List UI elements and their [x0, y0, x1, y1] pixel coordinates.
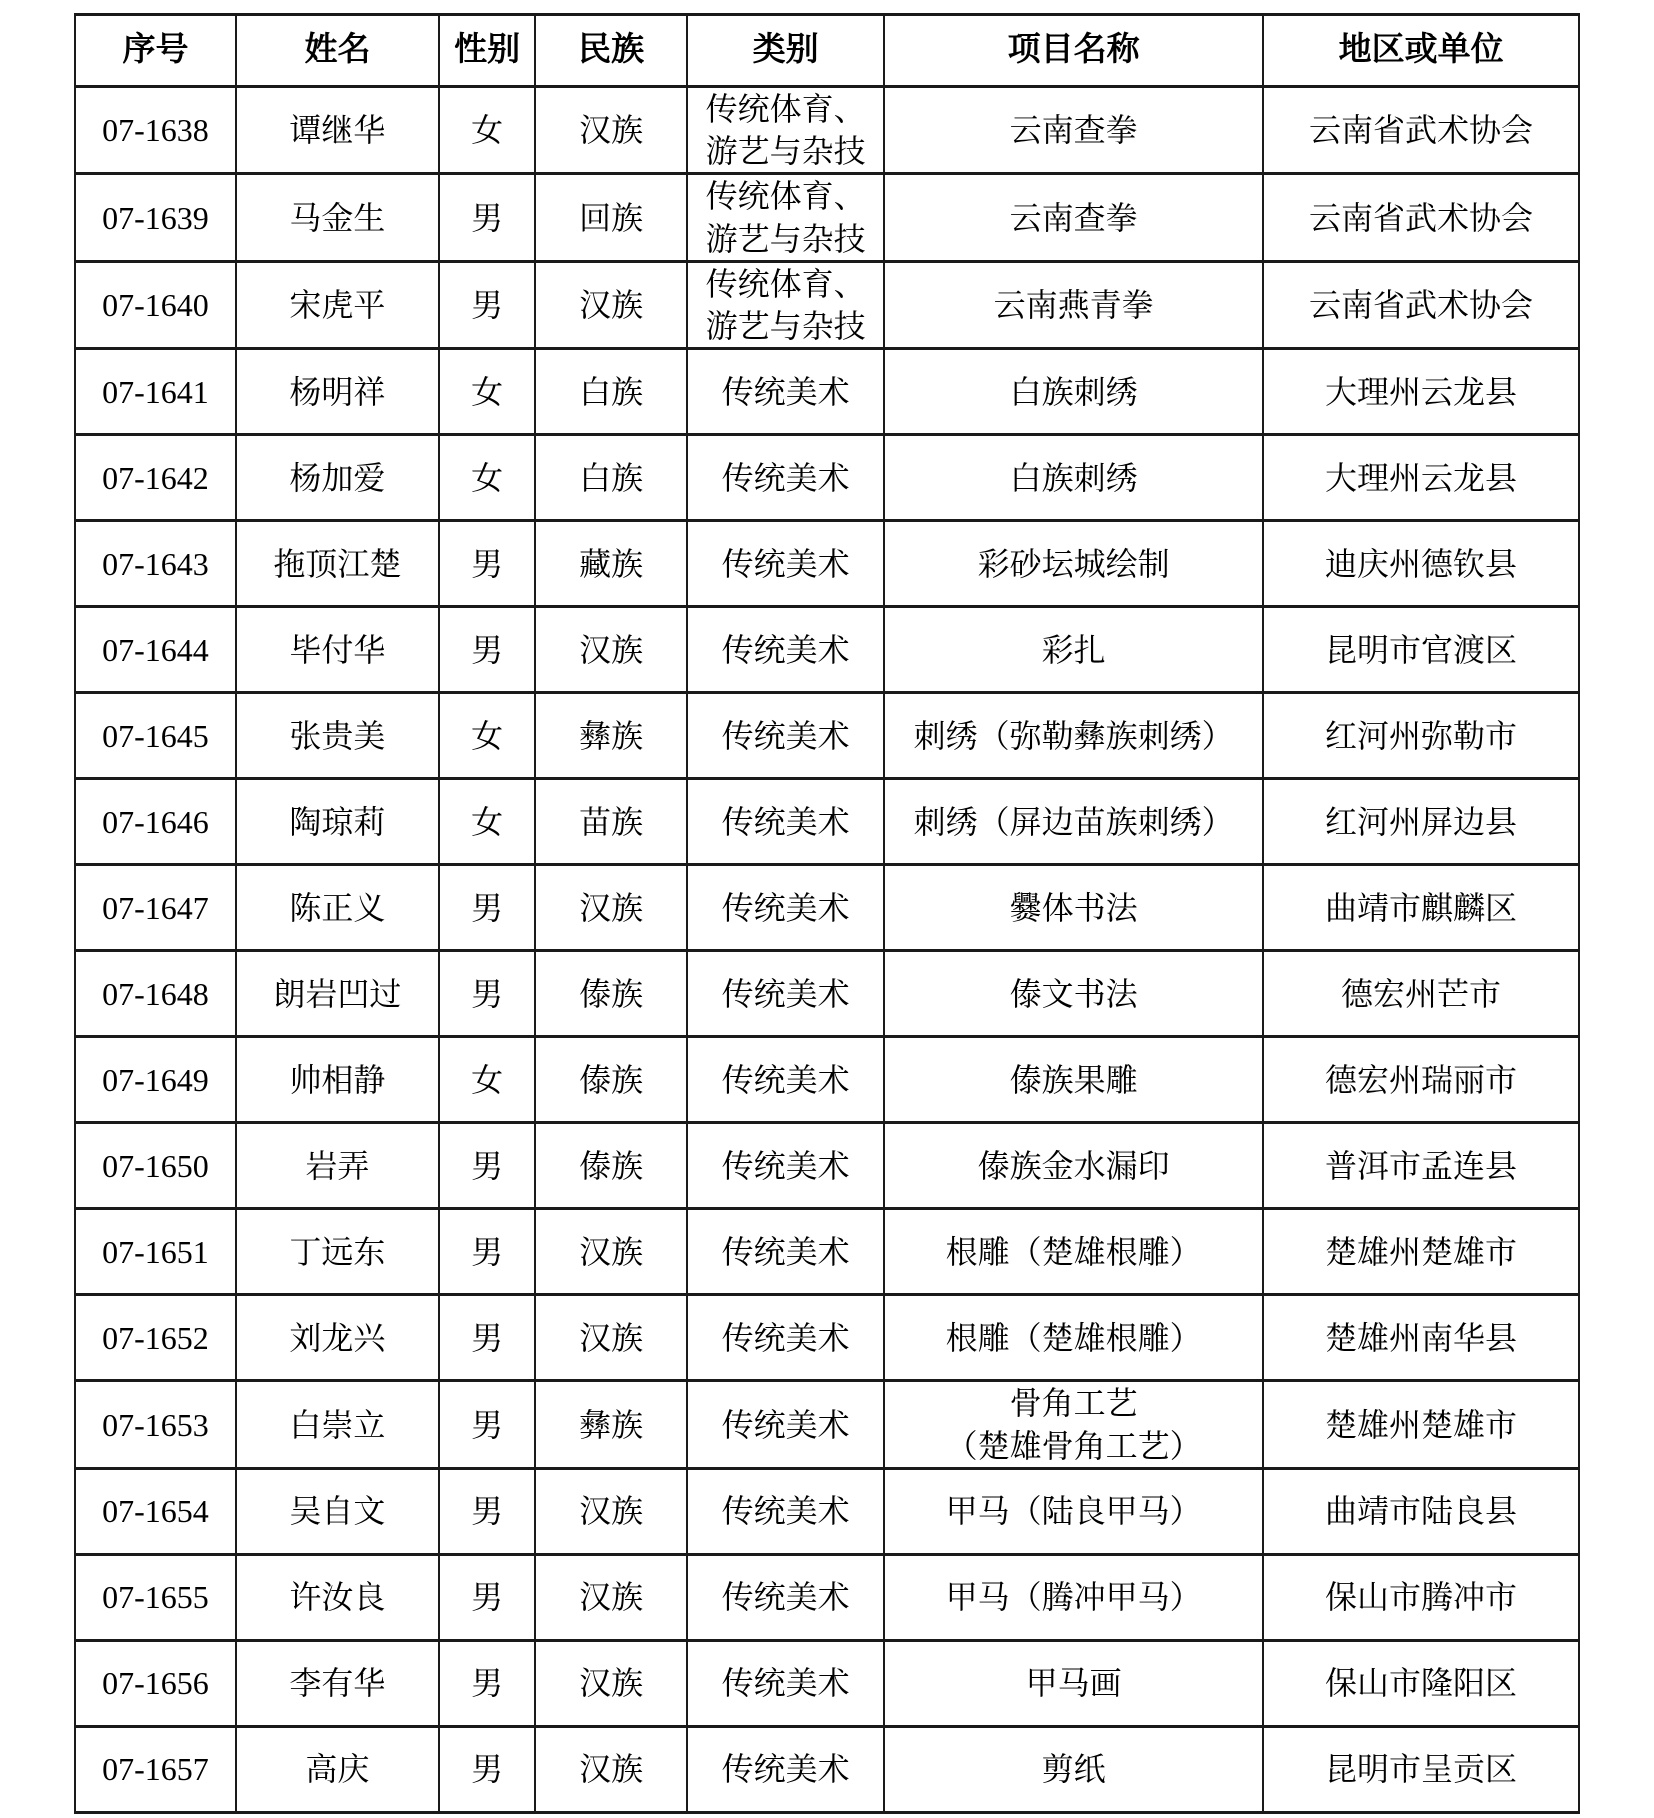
table-cell: 07-1650 — [75, 1123, 236, 1209]
table-cell: 苗族 — [535, 779, 687, 865]
table-cell: 张贵美 — [236, 693, 439, 779]
table-cell: 07-1638 — [75, 87, 236, 174]
table-cell: 白族 — [535, 349, 687, 435]
table-cell: 保山市腾冲市 — [1263, 1554, 1579, 1640]
table-row: 07-1647陈正义男汉族传统美术爨体书法曲靖市麒麟区 — [75, 865, 1579, 951]
table-cell: 男 — [439, 1640, 535, 1726]
table-cell: 保山市隆阳区 — [1263, 1640, 1579, 1726]
table-cell: 杨明祥 — [236, 349, 439, 435]
table-cell: 07-1651 — [75, 1209, 236, 1295]
table-row: 07-1640宋虎平男汉族传统体育、 游艺与杂技云南燕青拳云南省武术协会 — [75, 261, 1579, 348]
table-row: 07-1638谭继华女汉族传统体育、 游艺与杂技云南查拳云南省武术协会 — [75, 87, 1579, 174]
table-cell: 楚雄州楚雄市 — [1263, 1209, 1579, 1295]
table-cell: 男 — [439, 1468, 535, 1554]
table-row: 07-1656李有华男汉族传统美术甲马画保山市隆阳区 — [75, 1640, 1579, 1726]
table-cell: 汉族 — [535, 1726, 687, 1812]
table-cell: 拖顶江楚 — [236, 521, 439, 607]
table-cell: 男 — [439, 607, 535, 693]
table-cell: 07-1644 — [75, 607, 236, 693]
table-row: 07-1645张贵美女彝族传统美术刺绣（弥勒彝族刺绣）红河州弥勒市 — [75, 693, 1579, 779]
table-cell: 传统美术 — [687, 951, 884, 1037]
table-row: 07-1653白崇立男彝族传统美术骨角工艺 （楚雄骨角工艺）楚雄州楚雄市 — [75, 1381, 1579, 1468]
table-cell: 汉族 — [535, 1295, 687, 1381]
table-cell: 男 — [439, 865, 535, 951]
table-cell: 07-1642 — [75, 435, 236, 521]
table-cell: 传统美术 — [687, 693, 884, 779]
table-cell: 汉族 — [535, 1640, 687, 1726]
table-row: 07-1649帅相静女傣族传统美术傣族果雕德宏州瑞丽市 — [75, 1037, 1579, 1123]
table-cell: 男 — [439, 1554, 535, 1640]
table-cell: 彝族 — [535, 1381, 687, 1468]
table-row: 07-1652刘龙兴男汉族传统美术根雕（楚雄根雕）楚雄州南华县 — [75, 1295, 1579, 1381]
table-cell: 云南查拳 — [884, 87, 1263, 174]
table-cell: 07-1646 — [75, 779, 236, 865]
table-cell: 汉族 — [535, 261, 687, 348]
table-row: 07-1641杨明祥女白族传统美术白族刺绣大理州云龙县 — [75, 349, 1579, 435]
table-cell: 丁远东 — [236, 1209, 439, 1295]
table-cell: 女 — [439, 349, 535, 435]
table-cell: 传统美术 — [687, 1381, 884, 1468]
column-header: 性别 — [439, 15, 535, 87]
table-cell: 女 — [439, 693, 535, 779]
table-cell: 傣族 — [535, 1123, 687, 1209]
table-cell: 谭继华 — [236, 87, 439, 174]
table-cell: 07-1649 — [75, 1037, 236, 1123]
table-cell: 回族 — [535, 174, 687, 261]
table-cell: 07-1640 — [75, 261, 236, 348]
table-cell: 云南省武术协会 — [1263, 261, 1579, 348]
table-row: 07-1642杨加爱女白族传统美术白族刺绣大理州云龙县 — [75, 435, 1579, 521]
table-cell: 传统美术 — [687, 1123, 884, 1209]
heritage-inheritors-table: 序号姓名性别民族类别项目名称地区或单位 07-1638谭继华女汉族传统体育、 游… — [74, 13, 1580, 1814]
table-cell: 白族刺绣 — [884, 435, 1263, 521]
column-header: 地区或单位 — [1263, 15, 1579, 87]
table-cell: 传统美术 — [687, 1295, 884, 1381]
table-cell: 传统美术 — [687, 1726, 884, 1812]
table-cell: 07-1648 — [75, 951, 236, 1037]
table-cell: 红河州弥勒市 — [1263, 693, 1579, 779]
table-cell: 傣文书法 — [884, 951, 1263, 1037]
table-cell: 刘龙兴 — [236, 1295, 439, 1381]
table-cell: 德宏州瑞丽市 — [1263, 1037, 1579, 1123]
table-cell: 男 — [439, 1381, 535, 1468]
table-cell: 藏族 — [535, 521, 687, 607]
table-row: 07-1651丁远东男汉族传统美术根雕（楚雄根雕）楚雄州楚雄市 — [75, 1209, 1579, 1295]
column-header: 序号 — [75, 15, 236, 87]
table-cell: 传统美术 — [687, 521, 884, 607]
table-cell: 大理州云龙县 — [1263, 435, 1579, 521]
table-cell: 汉族 — [535, 1554, 687, 1640]
table-cell: 传统美术 — [687, 607, 884, 693]
table-cell: 男 — [439, 174, 535, 261]
table-cell: 汉族 — [535, 865, 687, 951]
table-row: 07-1639马金生男回族传统体育、 游艺与杂技云南查拳云南省武术协会 — [75, 174, 1579, 261]
table-cell: 杨加爱 — [236, 435, 439, 521]
table-cell: 李有华 — [236, 1640, 439, 1726]
table-cell: 汉族 — [535, 87, 687, 174]
table-cell: 根雕（楚雄根雕） — [884, 1295, 1263, 1381]
table-row: 07-1643拖顶江楚男藏族传统美术彩砂坛城绘制迪庆州德钦县 — [75, 521, 1579, 607]
table-cell: 彩扎 — [884, 607, 1263, 693]
table-cell: 傣族 — [535, 951, 687, 1037]
table-cell: 07-1641 — [75, 349, 236, 435]
column-header: 项目名称 — [884, 15, 1263, 87]
table-cell: 07-1639 — [75, 174, 236, 261]
table-cell: 刺绣（弥勒彝族刺绣） — [884, 693, 1263, 779]
table-cell: 云南省武术协会 — [1263, 174, 1579, 261]
table-cell: 甲马画 — [884, 1640, 1263, 1726]
table-cell: 毕付华 — [236, 607, 439, 693]
table-header-row: 序号姓名性别民族类别项目名称地区或单位 — [75, 15, 1579, 87]
table-cell: 传统美术 — [687, 865, 884, 951]
table-cell: 汉族 — [535, 607, 687, 693]
table-cell: 汉族 — [535, 1468, 687, 1554]
table-cell: 云南燕青拳 — [884, 261, 1263, 348]
table-cell: 07-1655 — [75, 1554, 236, 1640]
table-cell: 昆明市官渡区 — [1263, 607, 1579, 693]
table-row: 07-1644毕付华男汉族传统美术彩扎昆明市官渡区 — [75, 607, 1579, 693]
table-cell: 楚雄州南华县 — [1263, 1295, 1579, 1381]
table-cell: 传统美术 — [687, 1554, 884, 1640]
table-cell: 许汝良 — [236, 1554, 439, 1640]
table-cell: 传统美术 — [687, 779, 884, 865]
document-page: 序号姓名性别民族类别项目名称地区或单位 07-1638谭继华女汉族传统体育、 游… — [0, 0, 1654, 1818]
table-cell: 白族刺绣 — [884, 349, 1263, 435]
table-row: 07-1654吴自文男汉族传统美术甲马（陆良甲马）曲靖市陆良县 — [75, 1468, 1579, 1554]
table-cell: 彩砂坛城绘制 — [884, 521, 1263, 607]
table-cell: 白崇立 — [236, 1381, 439, 1468]
table-cell: 楚雄州楚雄市 — [1263, 1381, 1579, 1468]
table-cell: 傣族 — [535, 1037, 687, 1123]
table-cell: 传统体育、 游艺与杂技 — [687, 174, 884, 261]
table-cell: 男 — [439, 1726, 535, 1812]
table-cell: 男 — [439, 521, 535, 607]
table-cell: 07-1647 — [75, 865, 236, 951]
table-cell: 07-1645 — [75, 693, 236, 779]
table-row: 07-1650岩弄男傣族传统美术傣族金水漏印普洱市孟连县 — [75, 1123, 1579, 1209]
table-cell: 女 — [439, 435, 535, 521]
table-cell: 高庆 — [236, 1726, 439, 1812]
table-cell: 大理州云龙县 — [1263, 349, 1579, 435]
table-cell: 男 — [439, 1123, 535, 1209]
table-cell: 07-1656 — [75, 1640, 236, 1726]
table-cell: 甲马（腾冲甲马） — [884, 1554, 1263, 1640]
column-header: 姓名 — [236, 15, 439, 87]
table-cell: 07-1653 — [75, 1381, 236, 1468]
table-cell: 传统体育、 游艺与杂技 — [687, 87, 884, 174]
table-cell: 传统美术 — [687, 435, 884, 521]
table-cell: 吴自文 — [236, 1468, 439, 1554]
table-cell: 朗岩凹过 — [236, 951, 439, 1037]
table-cell: 马金生 — [236, 174, 439, 261]
table-row: 07-1657高庆男汉族传统美术剪纸昆明市呈贡区 — [75, 1726, 1579, 1812]
table-row: 07-1646陶琼莉女苗族传统美术刺绣（屏边苗族刺绣）红河州屏边县 — [75, 779, 1579, 865]
table-cell: 传统美术 — [687, 349, 884, 435]
table-cell: 07-1652 — [75, 1295, 236, 1381]
table-cell: 女 — [439, 779, 535, 865]
table-cell: 普洱市孟连县 — [1263, 1123, 1579, 1209]
table-cell: 傣族果雕 — [884, 1037, 1263, 1123]
table-cell: 传统美术 — [687, 1037, 884, 1123]
table-cell: 剪纸 — [884, 1726, 1263, 1812]
table-cell: 白族 — [535, 435, 687, 521]
table-cell: 07-1654 — [75, 1468, 236, 1554]
table-cell: 岩弄 — [236, 1123, 439, 1209]
table-cell: 陈正义 — [236, 865, 439, 951]
table-cell: 男 — [439, 1209, 535, 1295]
table-cell: 传统体育、 游艺与杂技 — [687, 261, 884, 348]
column-header: 民族 — [535, 15, 687, 87]
table-cell: 刺绣（屏边苗族刺绣） — [884, 779, 1263, 865]
table-cell: 彝族 — [535, 693, 687, 779]
table-body: 07-1638谭继华女汉族传统体育、 游艺与杂技云南查拳云南省武术协会07-16… — [75, 87, 1579, 1813]
column-header: 类别 — [687, 15, 884, 87]
table-cell: 宋虎平 — [236, 261, 439, 348]
table-cell: 红河州屏边县 — [1263, 779, 1579, 865]
table-cell: 07-1643 — [75, 521, 236, 607]
table-cell: 云南省武术协会 — [1263, 87, 1579, 174]
table-cell: 曲靖市陆良县 — [1263, 1468, 1579, 1554]
table-cell: 曲靖市麒麟区 — [1263, 865, 1579, 951]
table-cell: 男 — [439, 1295, 535, 1381]
table-cell: 陶琼莉 — [236, 779, 439, 865]
table-cell: 甲马（陆良甲马） — [884, 1468, 1263, 1554]
table-cell: 傣族金水漏印 — [884, 1123, 1263, 1209]
table-cell: 云南查拳 — [884, 174, 1263, 261]
table-cell: 汉族 — [535, 1209, 687, 1295]
table-cell: 迪庆州德钦县 — [1263, 521, 1579, 607]
table-cell: 爨体书法 — [884, 865, 1263, 951]
table-cell: 帅相静 — [236, 1037, 439, 1123]
table-cell: 女 — [439, 1037, 535, 1123]
table-cell: 根雕（楚雄根雕） — [884, 1209, 1263, 1295]
table-cell: 女 — [439, 87, 535, 174]
table-cell: 07-1657 — [75, 1726, 236, 1812]
table-cell: 德宏州芒市 — [1263, 951, 1579, 1037]
table-cell: 昆明市呈贡区 — [1263, 1726, 1579, 1812]
table-row: 07-1655许汝良男汉族传统美术甲马（腾冲甲马）保山市腾冲市 — [75, 1554, 1579, 1640]
table-cell: 传统美术 — [687, 1209, 884, 1295]
table-cell: 男 — [439, 261, 535, 348]
table-cell: 骨角工艺 （楚雄骨角工艺） — [884, 1381, 1263, 1468]
table-cell: 传统美术 — [687, 1640, 884, 1726]
table-cell: 男 — [439, 951, 535, 1037]
table-row: 07-1648朗岩凹过男傣族传统美术傣文书法德宏州芒市 — [75, 951, 1579, 1037]
table-cell: 传统美术 — [687, 1468, 884, 1554]
